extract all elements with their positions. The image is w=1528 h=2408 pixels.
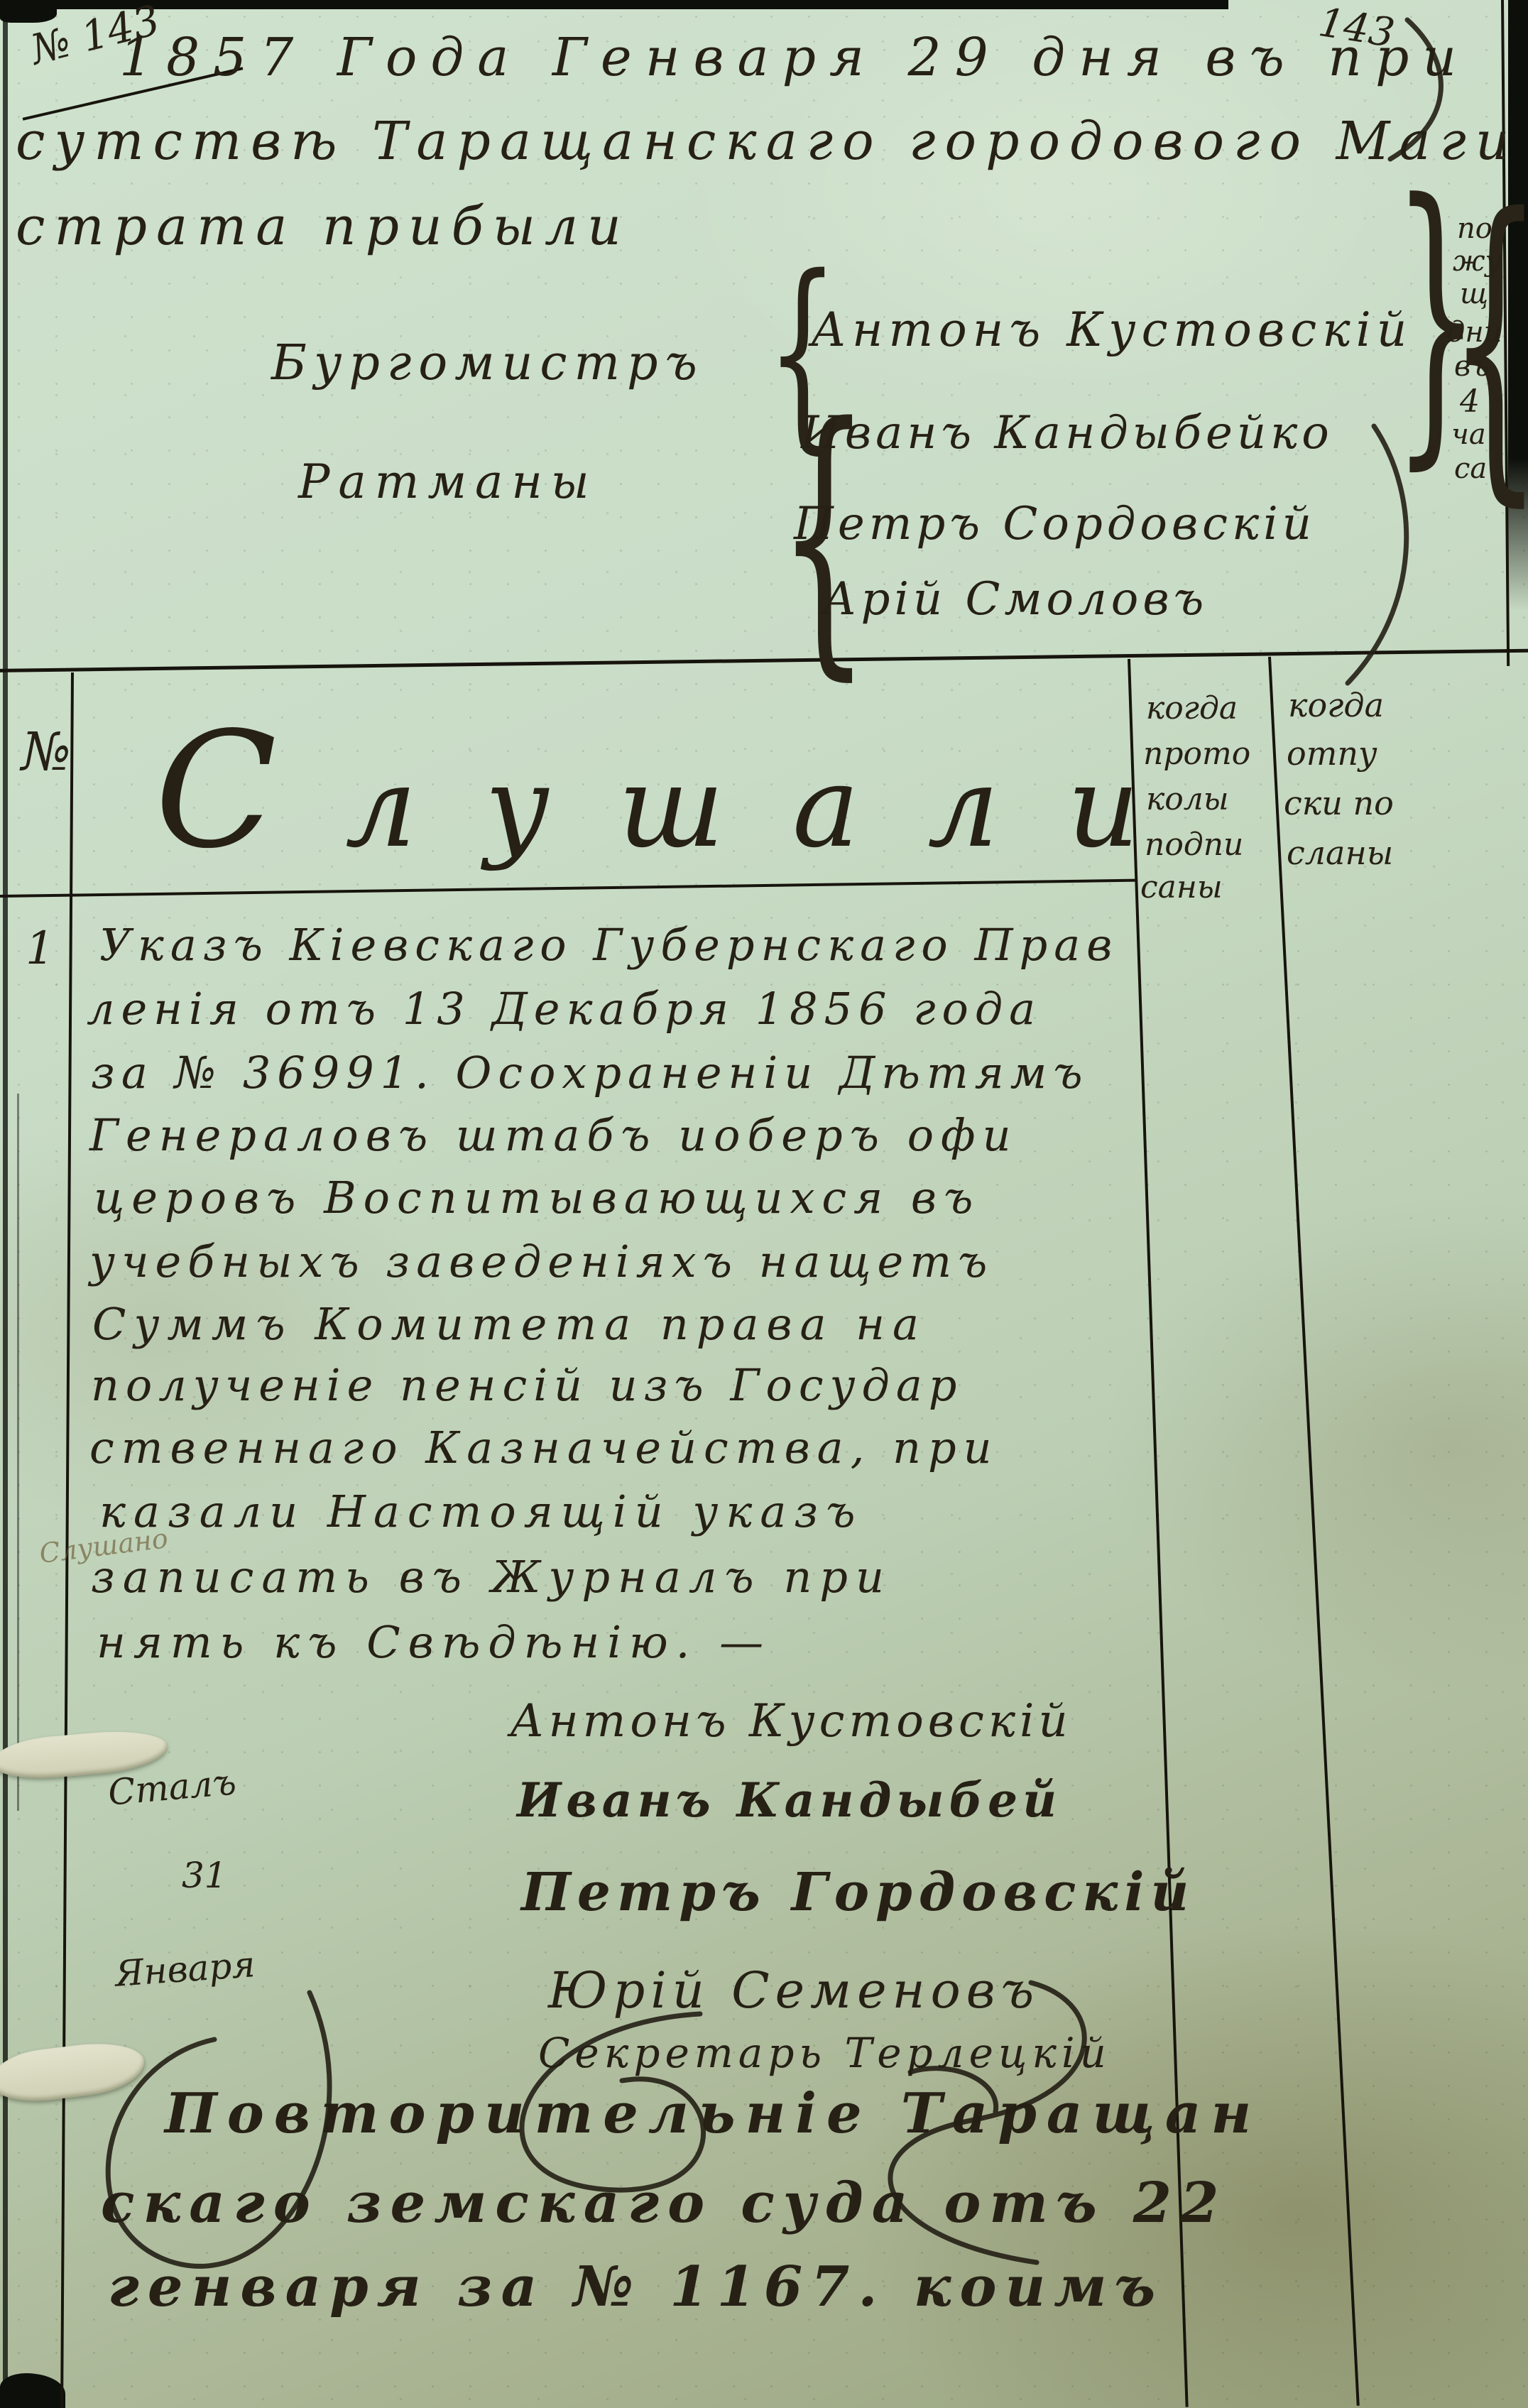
page-left-edge-line [3, 0, 8, 2408]
signature-burgomaster: Антонъ Кустовскій [510, 1699, 1072, 1744]
protocols-col-header-5: саны [1140, 872, 1223, 903]
signature-ratman-2: Петръ Гордовскій [521, 1866, 1195, 1919]
number-column-header: № [21, 726, 71, 778]
journal-page: № 143 143 1857 Года Генваря 29 дня въ пр… [0, 0, 1528, 2408]
entry1-line-7: Суммъ Комитета права на [92, 1302, 927, 1346]
entry2-line-1: Повторительніе Таращан [165, 2086, 1261, 2142]
date-note-word-3: Января [114, 1946, 256, 1992]
entry1-line-6: учебныхъ заведеніяхъ нащетъ [89, 1240, 993, 1284]
margin-note-word-6: 4 [1460, 386, 1480, 418]
burgomaster-name: Антонъ Кустовскій [811, 307, 1412, 354]
entry2-line-2: скаго земскаго суда отъ 22 [101, 2176, 1227, 2231]
entry1-line-1: Указъ Кіевскаго Губернскаго Прав [99, 923, 1118, 967]
margin-note-word-1: по [1457, 214, 1492, 243]
date-note-word-2: 31 [182, 1858, 227, 1893]
scan-bottom-left-blob [0, 2373, 65, 2408]
otpusk-col-header-4: сланы [1287, 837, 1393, 869]
entry1-line-5: церовъ Воспитывающихся въ [94, 1176, 980, 1220]
signature-ratman-3: Юрій Семеновъ [548, 1966, 1039, 2015]
page-left-inner-crease [17, 1094, 19, 1811]
margin-note-word-7: ча [1451, 420, 1486, 449]
entry1-line-4: Генераловъ штабъ иоберъ офи [89, 1113, 1018, 1157]
entry1-line-12: нять къ Свѣдѣнію. — [97, 1620, 771, 1665]
header-line-1: 1857 Года Генваря 29 дня въ при [119, 31, 1470, 84]
entry1-line-10: казали Настоящій указъ [99, 1490, 863, 1534]
protocols-col-header-3: колы [1146, 784, 1229, 815]
entry2-line-3: генваря за № 1167. коимъ [108, 2260, 1164, 2315]
entry1-line-8: полученіе пенсій изъ Государ [91, 1363, 963, 1407]
burgomaster-label: Бургомистръ [271, 339, 704, 388]
header-line-3: страта прибыли [16, 200, 631, 253]
ratman-name-1: Иванъ Кандыбейко [801, 410, 1333, 456]
header-line-2: сутствѣ Таращанскаго городового Маги [16, 115, 1519, 168]
binding-thread-2 [0, 2037, 148, 2107]
margin-note-word-5: въ [1454, 352, 1490, 381]
entry1-line-11: записать въ Журналъ при [91, 1555, 892, 1599]
heard-column-header: Слушали [155, 712, 1208, 871]
entry1-line-9: ственнаго Казначейства, при [89, 1426, 999, 1470]
protocols-col-header-2: прото [1143, 739, 1250, 770]
protocols-col-header-1: когда [1146, 693, 1238, 724]
ratmans-label: Ратманы [298, 459, 598, 506]
entry1-line-3: за № 36991. Осохраненіи Дѣтямъ [91, 1051, 1089, 1095]
table-top-rule [0, 649, 1528, 672]
margin-note-word-4: дни [1447, 318, 1502, 347]
margin-note-word-3: щ [1460, 280, 1488, 308]
protocols-col-header-4: подпи [1145, 829, 1243, 861]
scan-top-left-blob [0, 0, 57, 23]
otpusk-column-rule [1268, 657, 1360, 2406]
otpusk-col-header-3: ски по [1284, 787, 1394, 819]
margin-note-word-8: са [1454, 454, 1487, 483]
entry1-number: 1 [26, 926, 55, 971]
date-note-word-1: Сталъ [107, 1764, 237, 1811]
entry1-line-2: ленія отъ 13 Декабря 1856 года [87, 987, 1042, 1031]
heard-header-initial: С [155, 698, 345, 884]
signature-ratman-1: Иванъ Кандыбей [517, 1777, 1062, 1824]
otpusk-col-header-1: когда [1288, 689, 1384, 721]
signature-secretary: Секретарь Терлецкій [538, 2032, 1111, 2074]
scan-top-edge [0, 0, 1228, 9]
margin-note-word-2: жу [1453, 247, 1502, 276]
ratman-name-2: Петръ Сордовскій [794, 501, 1316, 547]
ratman-name-3: Арій Смоловъ [822, 577, 1208, 622]
otpusk-col-header-2: отпу [1287, 737, 1377, 770]
